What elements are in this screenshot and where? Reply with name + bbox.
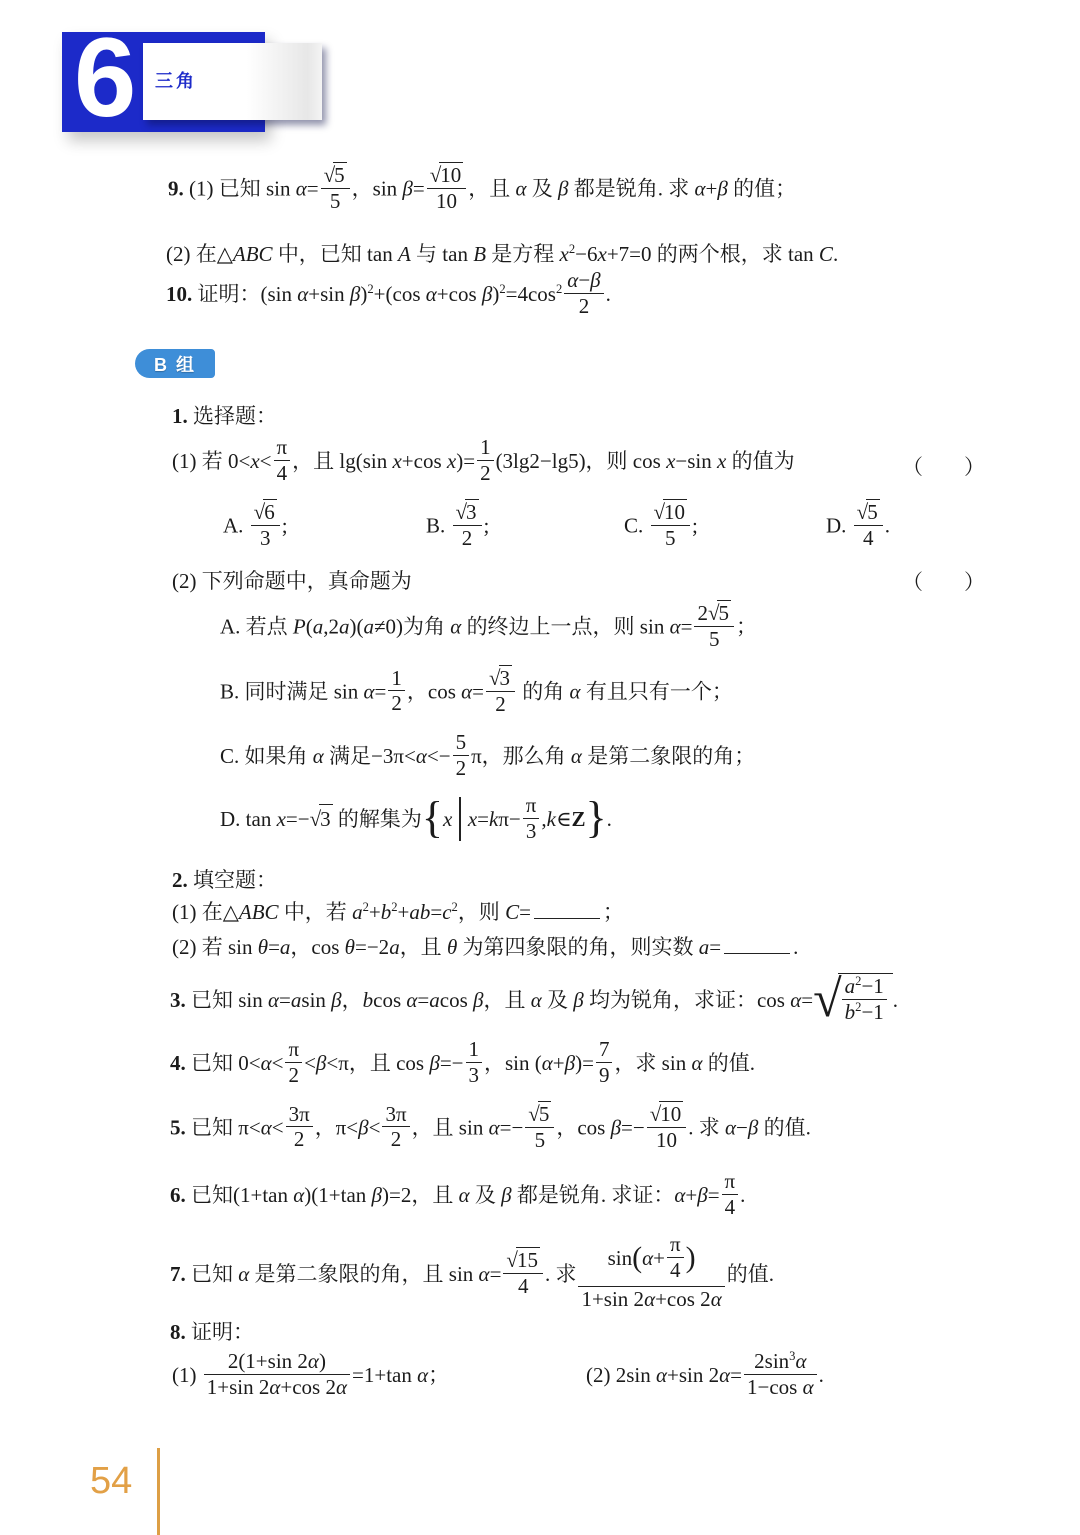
problem-1-q2: (2) 下列命题中，真命题为（ ） <box>172 567 1002 595</box>
chapter-number: 6 <box>74 22 136 134</box>
problem-4: 4. 已知 0<α<π2<β<π，且 cos β=−13，sin (α+β)=7… <box>170 1040 755 1091</box>
problem-2-q1: (1) 在△ABC 中，若 a2+b2+ab=c2，则 C=； <box>172 897 624 926</box>
option-c: C. √105; <box>624 502 698 554</box>
problem-8-parts: (1) 2(1+sin 2α)1+sin 2α+cos 2α=1+tan α； … <box>0 1352 1080 1422</box>
problem-9-part-2: (2) 在△ABC 中，已知 tan A 与 tan B 是方程 x2−6x+7… <box>166 240 838 268</box>
problem-1-q2-option-c: C. 如果角 α 满足−3π<α<−52π，那么角 α 是第二象限的角； <box>220 733 755 784</box>
option-d: D. √54. <box>826 502 890 554</box>
textbook-page: 6 三角 B 组 9. (1) 已知 sin α=√55，sin β=√1010… <box>0 0 1080 1535</box>
problem-1-q2-option-b: B. 同时满足 sin α=12，cos α=√32 的角 α 有且只有一个； <box>220 668 733 720</box>
footer-divider <box>157 1448 160 1535</box>
problem-5: 5. 已知 π<α<3π2，π<β<3π2，且 sin α=−√55，cos β… <box>170 1104 811 1156</box>
problem-1-q1-options: A. √63; B. √32; C. √105; D. √54. <box>0 502 1080 572</box>
page-number: 54 <box>90 1460 132 1503</box>
problem-1-q1: (1) 若 0<x<π4，且 lg(sin x+cos x)=12(3lg2−l… <box>172 438 1002 489</box>
problem-8-part-1: (1) 2(1+sin 2α)1+sin 2α+cos 2α=1+tan α； <box>172 1352 449 1403</box>
option-a: A. √63; <box>223 502 288 554</box>
problem-2-q2: (2) 若 sin θ=a，cos θ=−2a，且 θ 为第四象限的角，则实数 … <box>172 932 798 961</box>
problem-8-part-2: (2) 2sin α+sin 2α=2sin3α1−cos α. <box>586 1352 824 1403</box>
problem-6: 6. 已知(1+tan α)(1+tan β)=2，且 α 及 β 都是锐角. … <box>170 1172 745 1223</box>
chapter-title: 三角 <box>155 67 197 93</box>
problem-1-q2-option-a: A. 若点 P(a,2a)(a≠0)为角 α 的终边上一点，则 sin α=2√… <box>220 603 757 655</box>
problem-10: 10. 证明：(sin α+sin β)2+(cos α+cos β)2=4co… <box>166 271 611 322</box>
option-b: B. √32; <box>426 502 489 554</box>
problem-1-heading: 1. 选择题： <box>172 402 277 430</box>
exercise-content: 9. (1) 已知 sin α=√55，sin β=√1010，且 α 及 β … <box>0 0 1080 1535</box>
problem-3: 3. 已知 sin α=asin β，bcos α=acos β，且 α 及 β… <box>170 975 898 1030</box>
problem-8-heading: 8. 证明： <box>170 1318 254 1346</box>
problem-7: 7. 已知 α 是第二象限的角，且 sin α=√154. 求sin(α+π4)… <box>170 1238 774 1314</box>
chapter-title-box: 三角 <box>143 43 322 120</box>
problem-9-part-1: 9. (1) 已知 sin α=√55，sin β=√1010，且 α 及 β … <box>168 165 796 217</box>
problem-2-heading: 2. 填空题： <box>172 866 277 894</box>
problem-1-q2-option-d: D. tan x=−√3 的解集为{xx=kπ−π3,k∈Z}. <box>220 796 612 847</box>
